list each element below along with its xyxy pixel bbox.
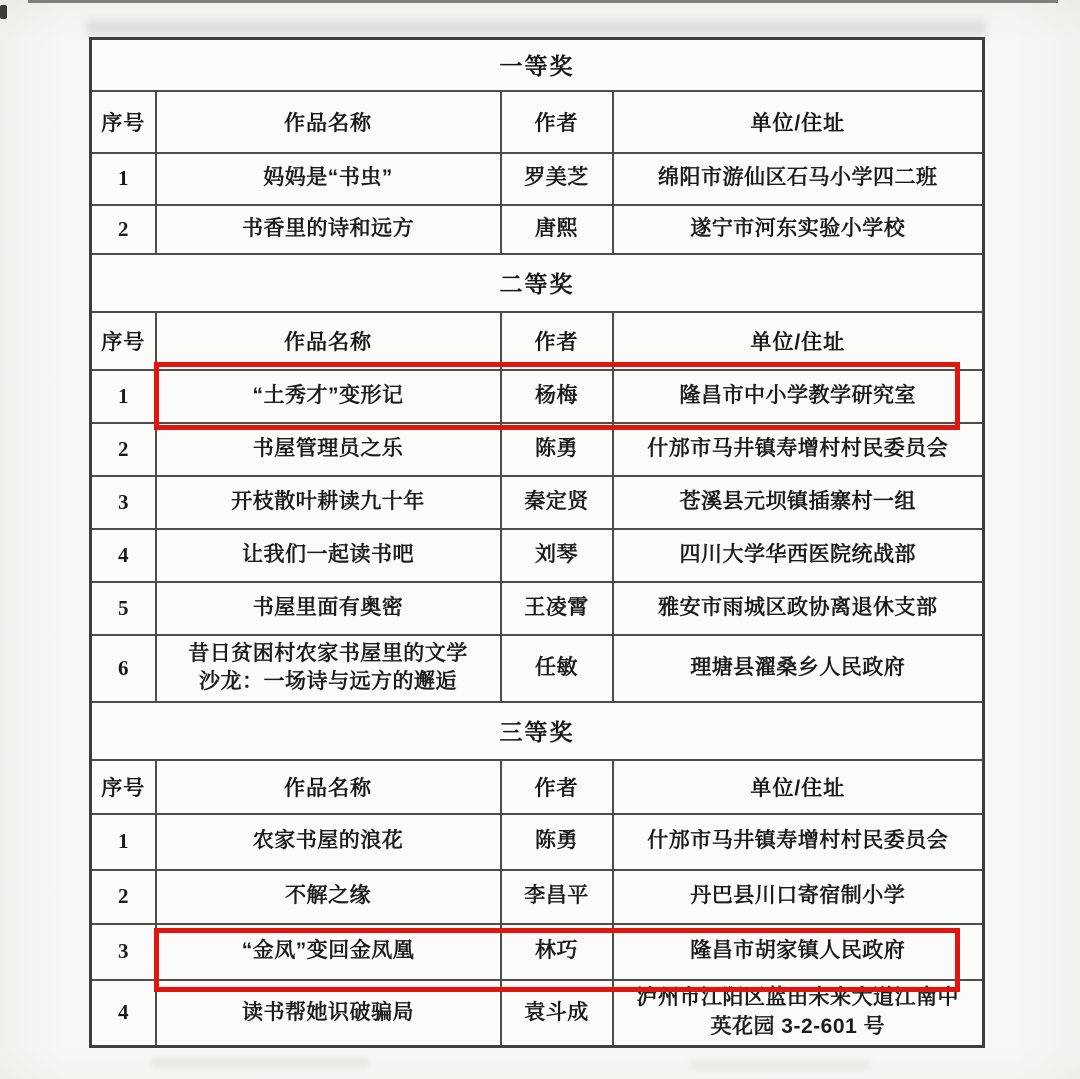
rank-cell: 4 (91, 529, 156, 582)
section-title-row: 三等奖 (91, 702, 984, 760)
column-header-title: 作品名称 (156, 760, 501, 814)
rank-cell: 2 (91, 870, 156, 924)
title-cell: 妈妈是“书虫” (156, 153, 501, 205)
title-cell: 书香里的诗和远方 (156, 205, 501, 254)
title-cell: “土秀才”变形记 (156, 370, 501, 423)
unit-cell: 什邡市马井镇寿增村村民委员会 (613, 814, 984, 870)
column-header-no: 序号 (91, 91, 156, 153)
bleed-through-artifact (690, 1060, 870, 1070)
table-header-row: 序号 作品名称 作者 单位/住址 (91, 91, 984, 153)
unit-cell: 丹巴县川口寄宿制小学 (613, 870, 984, 924)
column-header-unit: 单位/住址 (613, 312, 984, 370)
table-header-row: 序号 作品名称 作者 单位/住址 (91, 760, 984, 814)
title-cell: 农家书屋的浪花 (156, 814, 501, 870)
table-row-highlighted: 1 “土秀才”变形记 杨梅 隆昌市中小学教学研究室 (91, 370, 984, 423)
author-cell: 王凌霄 (501, 582, 613, 635)
title-cell: 书屋管理员之乐 (156, 423, 501, 476)
title-cell: 昔日贫困村农家书屋里的文学 沙龙：一场诗与远方的邂逅 (156, 635, 501, 702)
unit-cell: 绵阳市游仙区石马小学四二班 (613, 153, 984, 205)
unit-cell: 泸州市江阳区蓝田未来大道江南中 英花园 3-2-601 号 (613, 980, 984, 1047)
unit-cell: 理塘县濯桑乡人民政府 (613, 635, 984, 702)
author-cell: 袁斗成 (501, 980, 613, 1047)
column-header-title: 作品名称 (156, 312, 501, 370)
author-cell: 杨梅 (501, 370, 613, 423)
bleed-through-artifact (150, 1058, 370, 1068)
rank-cell: 5 (91, 582, 156, 635)
author-cell: 唐熙 (501, 205, 613, 254)
author-cell: 陈勇 (501, 814, 613, 870)
table-row-highlighted: 3 “金凤”变回金凤凰 林巧 隆昌市胡家镇人民政府 (91, 924, 984, 980)
table-row: 1 农家书屋的浪花 陈勇 什邡市马井镇寿增村村民委员会 (91, 814, 984, 870)
column-header-title: 作品名称 (156, 91, 501, 153)
table-row: 4 让我们一起读书吧 刘琴 四川大学华西医院统战部 (91, 529, 984, 582)
unit-cell: 雅安市雨城区政协离退休支部 (613, 582, 984, 635)
unit-cell: 遂宁市河东实验小学校 (613, 205, 984, 254)
rank-cell: 1 (91, 814, 156, 870)
title-cell: 读书帮她识破骗局 (156, 980, 501, 1047)
title-cell: 不解之缘 (156, 870, 501, 924)
column-header-author: 作者 (501, 312, 613, 370)
column-header-unit: 单位/住址 (613, 760, 984, 814)
rank-cell: 4 (91, 980, 156, 1047)
author-cell: 刘琴 (501, 529, 613, 582)
title-cell: “金凤”变回金凤凰 (156, 924, 501, 980)
table-row: 5 书屋里面有奥密 王凌霄 雅安市雨城区政协离退休支部 (91, 582, 984, 635)
rank-cell: 1 (91, 370, 156, 423)
author-cell: 陈勇 (501, 423, 613, 476)
table-row: 1 妈妈是“书虫” 罗美芝 绵阳市游仙区石马小学四二班 (91, 153, 984, 205)
scan-speck-artifact (0, 5, 7, 19)
page-top-line-artifact (28, 0, 1058, 3)
title-cell: 开枝散叶耕读九十年 (156, 476, 501, 529)
scan-shadow-artifact (86, 20, 986, 36)
title-cell: 书屋里面有奥密 (156, 582, 501, 635)
column-header-author: 作者 (501, 91, 613, 153)
section-title-row: 一等奖 (91, 39, 984, 91)
unit-cell: 四川大学华西医院统战部 (613, 529, 984, 582)
unit-cell: 什邡市马井镇寿增村村民委员会 (613, 423, 984, 476)
author-cell: 李昌平 (501, 870, 613, 924)
table-header-row: 序号 作品名称 作者 单位/住址 (91, 312, 984, 370)
unit-cell: 苍溪县元坝镇插寨村一组 (613, 476, 984, 529)
table-row: 2 书屋管理员之乐 陈勇 什邡市马井镇寿增村村民委员会 (91, 423, 984, 476)
section-title-row: 二等奖 (91, 254, 984, 312)
table-row: 2 书香里的诗和远方 唐熙 遂宁市河东实验小学校 (91, 205, 984, 254)
table-row: 2 不解之缘 李昌平 丹巴县川口寄宿制小学 (91, 870, 984, 924)
award-table: 一等奖 序号 作品名称 作者 单位/住址 1 妈妈是“书虫” 罗美芝 绵阳市游仙… (89, 37, 985, 1048)
rank-cell: 2 (91, 205, 156, 254)
section-title-first-prize: 一等奖 (91, 39, 984, 91)
author-cell: 任敏 (501, 635, 613, 702)
author-cell: 林巧 (501, 924, 613, 980)
column-header-author: 作者 (501, 760, 613, 814)
column-header-unit: 单位/住址 (613, 91, 984, 153)
table-row: 4 读书帮她识破骗局 袁斗成 泸州市江阳区蓝田未来大道江南中 英花园 3-2-6… (91, 980, 984, 1047)
rank-cell: 1 (91, 153, 156, 205)
unit-cell: 隆昌市中小学教学研究室 (613, 370, 984, 423)
section-title-third-prize: 三等奖 (91, 702, 984, 760)
scanned-document-page: 一等奖 序号 作品名称 作者 单位/住址 1 妈妈是“书虫” 罗美芝 绵阳市游仙… (0, 0, 1080, 1079)
rank-cell: 2 (91, 423, 156, 476)
author-cell: 秦定贤 (501, 476, 613, 529)
table-row: 6 昔日贫困村农家书屋里的文学 沙龙：一场诗与远方的邂逅 任敏 理塘县濯桑乡人民… (91, 635, 984, 702)
author-cell: 罗美芝 (501, 153, 613, 205)
unit-cell: 隆昌市胡家镇人民政府 (613, 924, 984, 980)
column-header-no: 序号 (91, 312, 156, 370)
table-row: 3 开枝散叶耕读九十年 秦定贤 苍溪县元坝镇插寨村一组 (91, 476, 984, 529)
title-cell: 让我们一起读书吧 (156, 529, 501, 582)
column-header-no: 序号 (91, 760, 156, 814)
rank-cell: 6 (91, 635, 156, 702)
rank-cell: 3 (91, 924, 156, 980)
section-title-second-prize: 二等奖 (91, 254, 984, 312)
rank-cell: 3 (91, 476, 156, 529)
